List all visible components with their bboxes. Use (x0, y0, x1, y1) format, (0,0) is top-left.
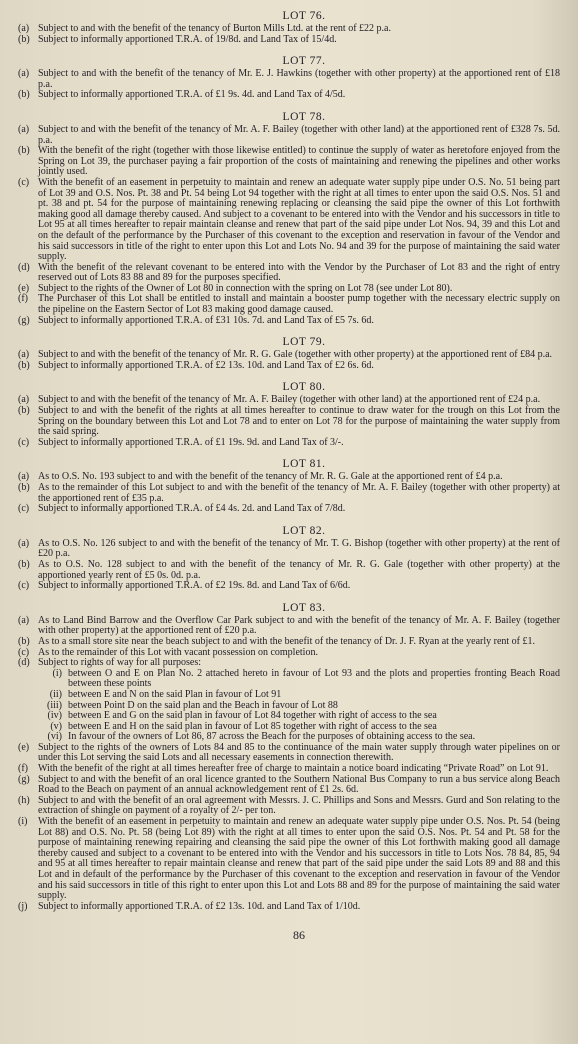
lot-clause: (b)With the benefit of the right (togeth… (18, 146, 560, 178)
clause-label: (f) (18, 294, 38, 315)
lot-title: LOT 81. (18, 457, 560, 471)
lot-clause: (a)Subject to and with the benefit of th… (18, 69, 560, 90)
clause-label: (g) (18, 775, 38, 796)
lot-clause: (c)Subject to informally apportioned T.R… (18, 438, 560, 449)
clause-label: (a) (18, 125, 38, 146)
clause-label: (b) (18, 406, 38, 438)
clause-text: Subject to informally apportioned T.R.A.… (38, 504, 560, 515)
clause-text: Subject to and with the benefit of the t… (38, 69, 560, 90)
clause-text: Subject to informally apportioned T.R.A.… (38, 361, 560, 372)
lot-title: LOT 83. (18, 601, 560, 615)
lot-subclause: (ii)between E and N on the said Plan in … (18, 690, 560, 701)
lot-clause: (b)Subject to informally apportioned T.R… (18, 35, 560, 46)
lot-clause: (a)As to O.S. No. 126 subject to and wit… (18, 539, 560, 560)
clause-label: (b) (18, 483, 38, 504)
clause-text: As to the remainder of this Lot subject … (38, 483, 560, 504)
clause-label: (h) (18, 796, 38, 817)
clause-label: (b) (18, 637, 38, 648)
clause-label: (g) (18, 316, 38, 327)
lot-section: LOT 81.(a)As to O.S. No. 193 subject to … (18, 457, 560, 514)
lot-clause: (g)Subject to and with the benefit of an… (18, 775, 560, 796)
lot-clause: (b)Subject to informally apportioned T.R… (18, 361, 560, 372)
lot-clause: (g)Subject to informally apportioned T.R… (18, 316, 560, 327)
lot-title: LOT 78. (18, 110, 560, 124)
lot-section: LOT 77.(a)Subject to and with the benefi… (18, 54, 560, 101)
lot-title: LOT 76. (18, 9, 560, 23)
clause-label: (a) (18, 616, 38, 637)
clause-label: (d) (18, 263, 38, 284)
lot-clause: (b)Subject to and with the benefit of th… (18, 406, 560, 438)
clause-text: The Purchaser of this Lot shall be entit… (38, 294, 560, 315)
clause-label: (j) (18, 902, 38, 913)
clause-label: (c) (18, 581, 38, 592)
lot-title: LOT 77. (18, 54, 560, 68)
clause-text: As to O.S. No. 128 subject to and with t… (38, 560, 560, 581)
clause-text: As to a small store site near the beach … (38, 637, 560, 648)
clause-text: Subject to and with the benefit of an or… (38, 775, 560, 796)
lot-clause: (a)Subject to and with the benefit of th… (18, 24, 560, 35)
clause-text: Subject to informally apportioned T.R.A.… (38, 90, 560, 101)
lot-section: LOT 79.(a)Subject to and with the benefi… (18, 335, 560, 371)
lot-clause: (f)The Purchaser of this Lot shall be en… (18, 294, 560, 315)
clause-text: Subject to and with the benefit of the t… (38, 125, 560, 146)
clause-text: As to O.S. No. 126 subject to and with t… (38, 539, 560, 560)
lot-clause: (b)As to the remainder of this Lot subje… (18, 483, 560, 504)
clause-text: With the benefit of an easement in perpe… (38, 817, 560, 902)
lot-title: LOT 79. (18, 335, 560, 349)
clause-label: (a) (18, 69, 38, 90)
subclause-label: (ii) (38, 690, 68, 701)
lot-clause: (a)Subject to and with the benefit of th… (18, 125, 560, 146)
lot-clause: (d)With the benefit of the relevant cove… (18, 263, 560, 284)
clause-text: Subject to and with the benefit of an or… (38, 796, 560, 817)
lot-clause: (j)Subject to informally apportioned T.R… (18, 902, 560, 913)
clause-label: (b) (18, 560, 38, 581)
clause-label: (d) (18, 658, 38, 669)
lot-title: LOT 82. (18, 524, 560, 538)
clause-text: Subject to informally apportioned T.R.A.… (38, 902, 560, 913)
lot-title: LOT 80. (18, 380, 560, 394)
lot-section: LOT 76.(a)Subject to and with the benefi… (18, 9, 560, 45)
subclause-text: between E and N on the said Plan in favo… (68, 690, 560, 701)
clause-label: (b) (18, 361, 38, 372)
lot-clause: (b)Subject to informally apportioned T.R… (18, 90, 560, 101)
clause-label: (b) (18, 146, 38, 178)
lot-clause: (c)Subject to informally apportioned T.R… (18, 504, 560, 515)
clause-label: (a) (18, 24, 38, 35)
clause-text: Subject to the rights of the owners of L… (38, 743, 560, 764)
lot-clause: (e)Subject to the rights of the owners o… (18, 743, 560, 764)
clause-label: (c) (18, 438, 38, 449)
document-page: LOT 76.(a)Subject to and with the benefi… (0, 0, 578, 943)
clause-label: (b) (18, 90, 38, 101)
clause-text: Subject to informally apportioned T.R.A.… (38, 581, 560, 592)
lots-container: LOT 76.(a)Subject to and with the benefi… (18, 9, 560, 912)
lot-section: LOT 80.(a)Subject to and with the benefi… (18, 380, 560, 448)
clause-label: (e) (18, 743, 38, 764)
clause-text: With the benefit of the right (together … (38, 146, 560, 178)
lot-clause: (a)As to Land Bind Barrow and the Overfl… (18, 616, 560, 637)
clause-text: Subject to informally apportioned T.R.A.… (38, 438, 560, 449)
lot-clause: (h)Subject to and with the benefit of an… (18, 796, 560, 817)
lot-subclause: (i)between O and E on Plan No. 2 attache… (18, 669, 560, 690)
clause-text: Subject to informally apportioned T.R.A.… (38, 35, 560, 46)
subclause-label: (i) (38, 669, 68, 690)
clause-text: Subject to and with the benefit of the t… (38, 24, 560, 35)
clause-label: (c) (18, 178, 38, 263)
page-number: 86 (18, 928, 560, 943)
lot-clause: (c)With the benefit of an easement in pe… (18, 178, 560, 263)
lot-section: LOT 83.(a)As to Land Bind Barrow and the… (18, 601, 560, 913)
lot-section: LOT 82.(a)As to O.S. No. 126 subject to … (18, 524, 560, 592)
clause-text: Subject to and with the benefit of the r… (38, 406, 560, 438)
clause-text: With the benefit of the relevant covenan… (38, 263, 560, 284)
lot-clause: (i)With the benefit of an easement in pe… (18, 817, 560, 902)
clause-text: With the benefit of an easement in perpe… (38, 178, 560, 263)
clause-text: As to Land Bind Barrow and the Overflow … (38, 616, 560, 637)
clause-text: Subject to informally apportioned T.R.A.… (38, 316, 560, 327)
lot-section: LOT 78.(a)Subject to and with the benefi… (18, 110, 560, 326)
lot-clause: (c)Subject to informally apportioned T.R… (18, 581, 560, 592)
lot-clause: (b)As to O.S. No. 128 subject to and wit… (18, 560, 560, 581)
subclause-text: between O and E on Plan No. 2 attached h… (68, 669, 560, 690)
clause-label: (a) (18, 539, 38, 560)
clause-label: (i) (18, 817, 38, 902)
clause-label: (c) (18, 504, 38, 515)
clause-label: (b) (18, 35, 38, 46)
lot-clause: (b)As to a small store site near the bea… (18, 637, 560, 648)
